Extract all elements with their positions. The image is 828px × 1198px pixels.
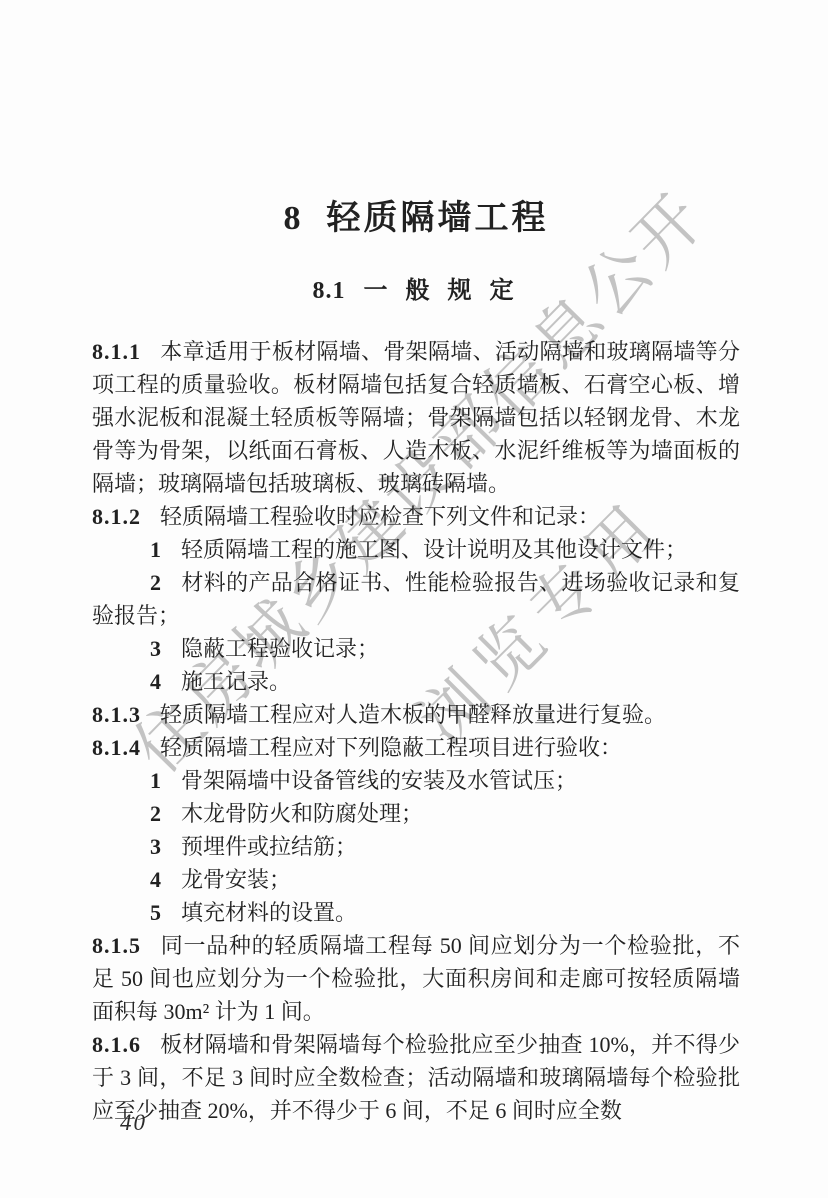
item-number: 4	[150, 867, 162, 892]
clause-number: 8.1.2	[92, 504, 141, 529]
chapter-number: 8	[284, 200, 301, 237]
chapter-title: 8轻质隔墙工程	[92, 0, 740, 241]
paragraph-text: 本章适用于板材隔墙、骨架隔墙、活动隔墙和玻璃隔墙等分项工程的质量验收。板材隔墙包…	[92, 339, 740, 496]
paragraph-text: 轻质隔墙工程验收时应检查下列文件和记录：	[160, 504, 600, 529]
paragraph-text: 轻质隔墙工程的施工图、设计说明及其他设计文件；	[181, 537, 687, 562]
paragraph-text: 轻质隔墙工程应对人造木板的甲醛释放量进行复验。	[160, 702, 666, 727]
paragraph-text: 骨架隔墙中设备管线的安装及水管试压；	[181, 768, 577, 793]
item-number: 1	[150, 537, 162, 562]
item-number: 1	[150, 768, 162, 793]
page-number: 40	[120, 1110, 147, 1136]
clause-number: 8.1.5	[92, 933, 141, 958]
list-item-1: 1轻质隔墙工程的施工图、设计说明及其他设计文件；	[92, 533, 740, 566]
paragraph-text: 同一品种的轻质隔墙工程每 50 间应划分为一个检验批，不足 50 间也应划分为一…	[92, 933, 740, 1024]
paragraph-text: 材料的产品合格证书、性能检验报告、进场验收记录和复验报告；	[92, 570, 740, 628]
paragraph-text: 木龙骨防火和防腐处理；	[181, 801, 423, 826]
clause-8.1.1: 8.1.1本章适用于板材隔墙、骨架隔墙、活动隔墙和玻璃隔墙等分项工程的质量验收。…	[92, 335, 740, 500]
list-item-2: 2木龙骨防火和防腐处理；	[92, 797, 740, 830]
item-number: 2	[150, 570, 162, 595]
list-item-4: 4龙骨安装；	[92, 863, 740, 896]
paragraph-text: 板材隔墙和骨架隔墙每个检验批应至少抽查 10%，并不得少于 3 间，不足 3 间…	[92, 1032, 740, 1123]
list-item-5: 5填充材料的设置。	[92, 896, 740, 929]
paragraph-text: 施工记录。	[181, 669, 291, 694]
clause-number: 8.1.4	[92, 735, 141, 760]
doc-body: 8.1.1本章适用于板材隔墙、骨架隔墙、活动隔墙和玻璃隔墙等分项工程的质量验收。…	[92, 335, 740, 1127]
document-page: 住房城乡建设部信息公开 浏览专用 8轻质隔墙工程 8.1一 般 规 定 8.1.…	[0, 0, 828, 1198]
clause-8.1.6: 8.1.6板材隔墙和骨架隔墙每个检验批应至少抽查 10%，并不得少于 3 间，不…	[92, 1028, 740, 1127]
paragraph-text: 轻质隔墙工程应对下列隐蔽工程项目进行验收：	[160, 735, 622, 760]
item-number: 3	[150, 636, 162, 661]
section-title-text: 一 般 规 定	[364, 278, 520, 304]
clause-number: 8.1.1	[92, 339, 141, 364]
clause-8.1.2: 8.1.2轻质隔墙工程验收时应检查下列文件和记录：	[92, 500, 740, 533]
list-item-2: 2材料的产品合格证书、性能检验报告、进场验收记录和复验报告；	[92, 566, 740, 632]
section-title: 8.1一 般 规 定	[92, 277, 740, 306]
item-number: 3	[150, 834, 162, 859]
clause-number: 8.1.3	[92, 702, 141, 727]
clause-8.1.5: 8.1.5同一品种的轻质隔墙工程每 50 间应划分为一个检验批，不足 50 间也…	[92, 929, 740, 1028]
page-content: 8轻质隔墙工程 8.1一 般 规 定 8.1.1本章适用于板材隔墙、骨架隔墙、活…	[92, 0, 740, 1127]
section-number: 8.1	[313, 278, 346, 304]
paragraph-text: 预埋件或拉结筋；	[181, 834, 357, 859]
item-number: 5	[150, 900, 162, 925]
clause-number: 8.1.6	[92, 1032, 141, 1057]
list-item-4: 4施工记录。	[92, 665, 740, 698]
list-item-3: 3隐蔽工程验收记录；	[92, 632, 740, 665]
paragraph-text: 隐蔽工程验收记录；	[181, 636, 379, 661]
chapter-title-text: 轻质隔墙工程	[327, 200, 549, 237]
paragraph-text: 龙骨安装；	[181, 867, 291, 892]
list-item-1: 1骨架隔墙中设备管线的安装及水管试压；	[92, 764, 740, 797]
clause-8.1.3: 8.1.3轻质隔墙工程应对人造木板的甲醛释放量进行复验。	[92, 698, 740, 731]
list-item-3: 3预埋件或拉结筋；	[92, 830, 740, 863]
clause-8.1.4: 8.1.4轻质隔墙工程应对下列隐蔽工程项目进行验收：	[92, 731, 740, 764]
item-number: 2	[150, 801, 162, 826]
item-number: 4	[150, 669, 162, 694]
paragraph-text: 填充材料的设置。	[181, 900, 357, 925]
